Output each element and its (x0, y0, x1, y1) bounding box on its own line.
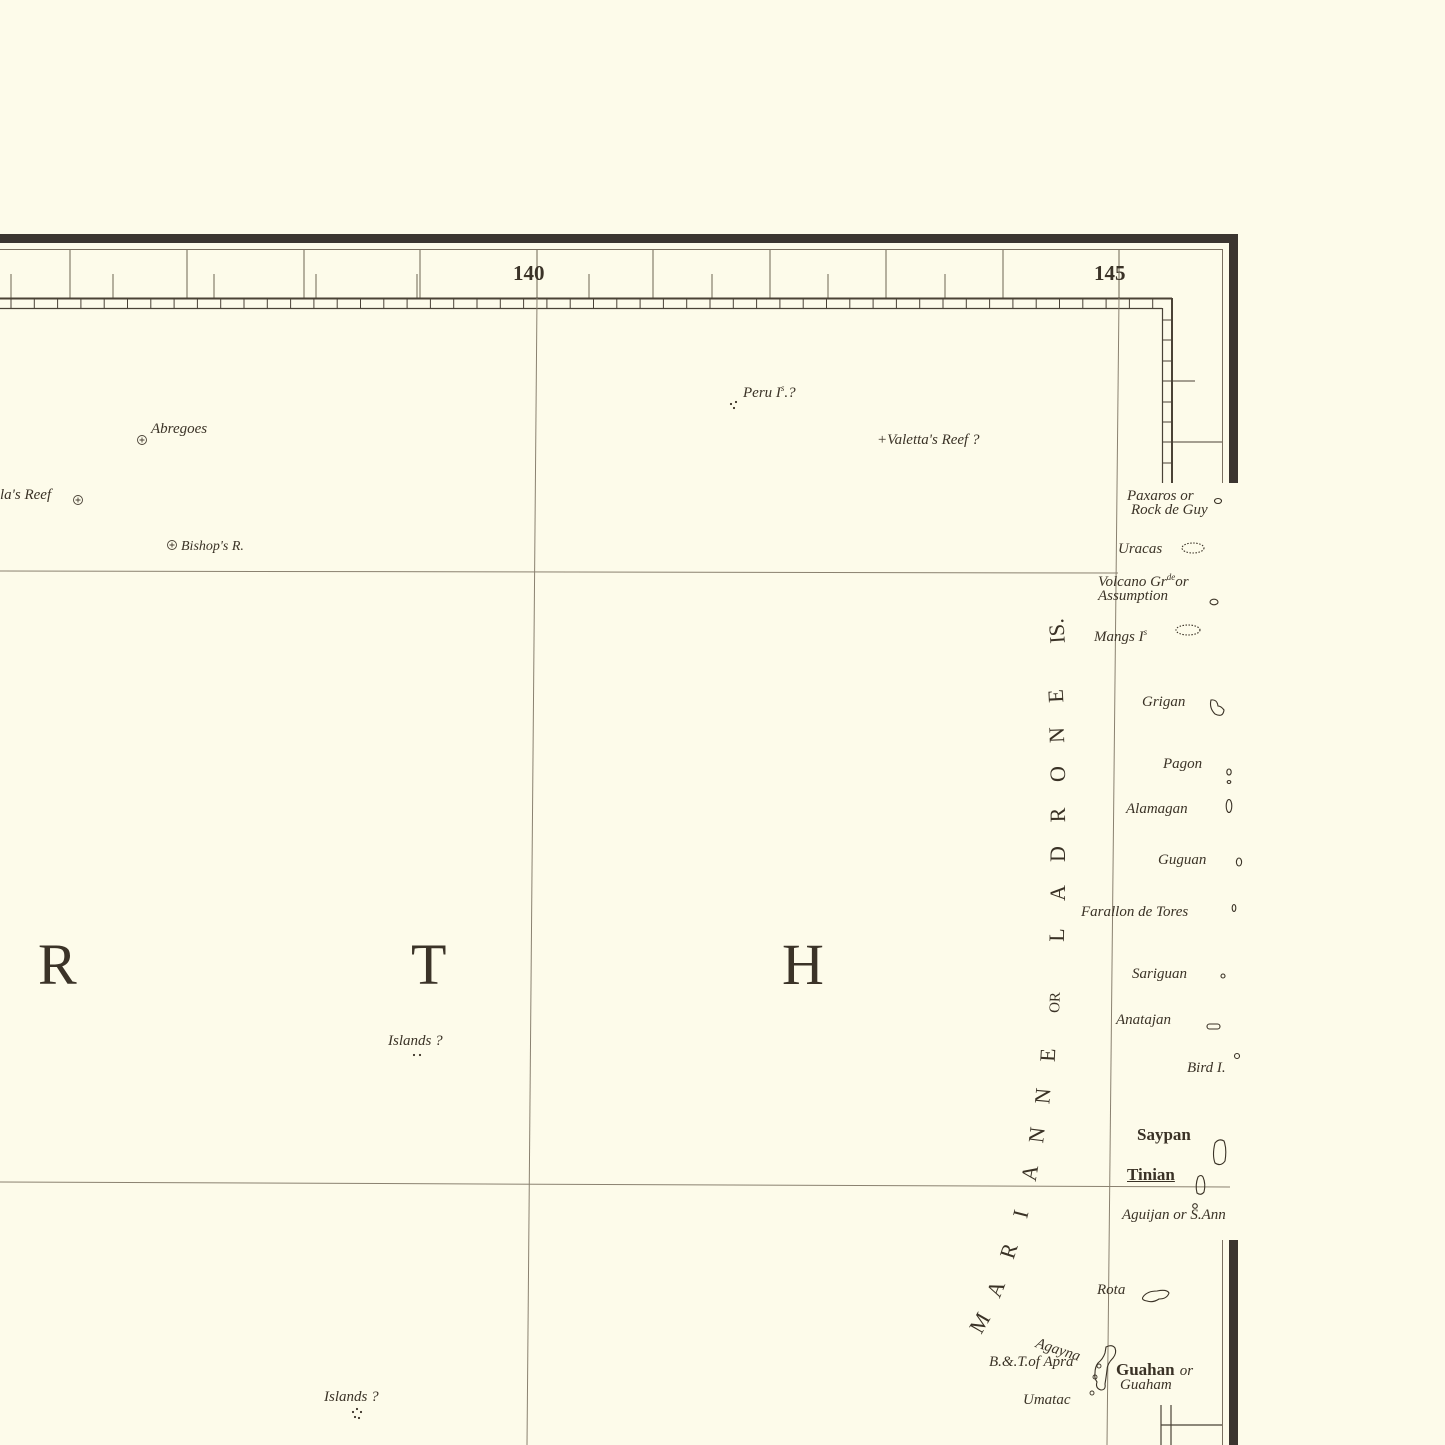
label-islands-2: Islands ? (324, 1390, 379, 1405)
longitude-scale (11, 250, 1119, 298)
island-grigan (1211, 700, 1225, 715)
label-rota: Rota (1097, 1283, 1125, 1298)
label-tinian: Tinian (1127, 1166, 1175, 1183)
graduated-strip-right (1162, 298, 1222, 483)
parallel-lower (0, 1182, 1230, 1187)
island-anatajan (1207, 1024, 1220, 1029)
label-grigan: Grigan (1142, 695, 1185, 710)
island-bird (1235, 1054, 1240, 1059)
label-valettas-reef: +Valetta's Reef ? (877, 433, 979, 448)
label-valas-reef: la's Reef (0, 488, 51, 503)
island-rota (1143, 1290, 1170, 1301)
island-paxaros (1215, 499, 1222, 504)
island-pagon-b (1227, 781, 1231, 784)
label-peru-is: Peru Is.? (743, 384, 796, 401)
island-guguan (1236, 858, 1241, 866)
label-guguan: Guguan (1158, 853, 1206, 868)
region-letter-t: T (411, 936, 446, 994)
island-saypan (1214, 1140, 1226, 1165)
meridian-145 (1107, 298, 1119, 1445)
parallel-upper (0, 571, 1118, 573)
longitude-label-140: 140 (513, 263, 545, 284)
label-anatajan: Anatajan (1116, 1013, 1171, 1028)
label-farallon: Farallon de Tores (1081, 905, 1188, 920)
meridian-140 (527, 298, 537, 1445)
dot-symbols (352, 401, 737, 1419)
label-bird: Bird I. (1187, 1061, 1226, 1076)
label-pagon: Pagon (1163, 757, 1202, 772)
label-saypan: Saypan (1137, 1126, 1191, 1143)
graduated-strip-right-bottom (1161, 1405, 1222, 1445)
label-paxaros: Paxaros or Rock de Guy (1127, 489, 1208, 518)
label-apra: B.&.T.of Apra (989, 1355, 1073, 1370)
longitude-label-145: 145 (1094, 263, 1126, 284)
outer-frame (0, 234, 1238, 1445)
graticule (0, 298, 1230, 1445)
island-uracas (1182, 543, 1204, 553)
label-umatac: Umatac (1023, 1393, 1071, 1408)
map-linework (0, 0, 1445, 1445)
reef-symbols (74, 436, 177, 550)
region-letter-h: H (782, 936, 824, 994)
label-uracas: Uracas (1118, 542, 1162, 557)
island-mangs (1176, 625, 1200, 635)
label-alamagan: Alamagan (1126, 802, 1188, 817)
island-sariguan (1221, 974, 1225, 978)
label-islands-1: Islands ? (388, 1034, 443, 1049)
label-sariguan: Sariguan (1132, 967, 1187, 982)
island-pagon-a (1227, 769, 1231, 775)
label-aguijan: Aguijan or S.Ann (1122, 1208, 1226, 1223)
graduated-strip-top (0, 299, 1172, 309)
label-volcano: Volcano Grdeor Assumption (1098, 573, 1189, 604)
label-bishops-r: Bishop's R. (181, 540, 244, 554)
island-alamagan (1226, 800, 1232, 813)
label-abregoes: Abregoes (151, 422, 207, 437)
island-tinian (1196, 1176, 1205, 1195)
island-farallon (1232, 905, 1236, 912)
island-assumption (1210, 599, 1218, 605)
region-letter-r: R (38, 936, 77, 994)
label-guahan: Guahan or Guaham (1116, 1362, 1193, 1393)
label-mangs: Mangs Is (1094, 628, 1147, 645)
map-canvas: 140 145 R T H Abregoes la's Reef Bishop'… (0, 0, 1445, 1445)
